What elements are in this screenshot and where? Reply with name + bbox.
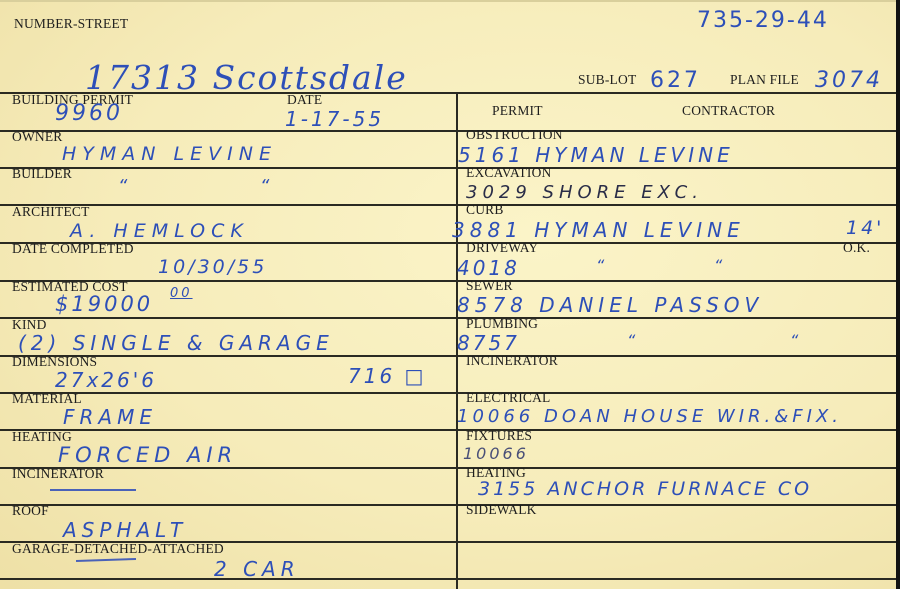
- heating-permit-value: 3155 ANCHOR FURNACE CO: [478, 478, 812, 500]
- architect-label: ARCHITECT: [12, 204, 90, 221]
- garage-label: GARAGE-DETACHED-ATTACHED: [12, 541, 224, 558]
- owner-label: OWNER: [12, 129, 63, 146]
- date-completed-label: DATE COMPLETED: [12, 241, 134, 258]
- architect-value: A. HEMLOCK: [70, 220, 249, 242]
- excavation-value: 3029 SHORE EXC.: [466, 182, 703, 203]
- building-permit-value: 9960: [55, 101, 123, 126]
- card-edge-top: [0, 0, 900, 2]
- sewer-value: 8578 DANIEL PASSOV: [457, 293, 763, 317]
- card-edge-right: [896, 0, 900, 589]
- divider: [0, 317, 896, 319]
- divider: [0, 92, 896, 94]
- driveway-label: DRIVEWAY: [466, 240, 538, 257]
- divider: [0, 280, 896, 282]
- permit-record-card: NUMBER-STREET 735-29-44 17313 Scottsdale…: [0, 0, 896, 589]
- obstruction-label: OBSTRUCTION: [466, 127, 563, 144]
- incinerator-label: INCINERATOR: [12, 466, 104, 483]
- curb-value: 3881 HYMAN LEVINE: [452, 218, 745, 242]
- garage-value: 2 CAR: [214, 557, 300, 581]
- divider: [0, 242, 896, 244]
- sewer-label: SEWER: [466, 278, 513, 295]
- date-value: 1-17-55: [285, 107, 384, 131]
- fixtures-label: FIXTURES: [466, 428, 532, 445]
- plumbing-ditto: “: [790, 331, 801, 350]
- heating-value: FORCED AIR: [58, 443, 237, 467]
- curb-ok: O.K.: [843, 240, 870, 257]
- divider: [0, 504, 896, 506]
- divider: [0, 578, 896, 580]
- estimated-cost-value: $19000: [55, 292, 153, 316]
- sub-lot-label: SUB-LOT: [578, 72, 636, 89]
- divider: [0, 392, 896, 394]
- garage-detached-underline: [76, 558, 136, 562]
- fixtures-value: 10066: [463, 444, 529, 463]
- builder-ditto: “: [118, 176, 130, 197]
- divider: [0, 355, 896, 357]
- kind-value: (2) SINGLE & GARAGE: [18, 331, 334, 355]
- roof-value: ASPHALT: [63, 518, 187, 542]
- permit-header: PERMIT: [492, 103, 543, 120]
- plan-file-label: PLAN FILE: [730, 72, 799, 89]
- date-completed-value: 10/30/55: [158, 256, 267, 278]
- plumbing-value: 8757: [457, 331, 520, 355]
- driveway-ditto: “: [596, 256, 607, 275]
- electrical-value: 10066 DOAN HOUSE WIR.&FIX.: [457, 406, 842, 427]
- curb-extra: 14': [846, 217, 884, 239]
- dimensions-value: 27x26'6: [55, 368, 157, 392]
- plan-file-value: 3074: [815, 68, 883, 93]
- estimated-cost-cents: 00: [170, 286, 193, 301]
- builder-label: BUILDER: [12, 166, 72, 183]
- divider: [0, 204, 896, 206]
- divider: [0, 167, 896, 169]
- divider: [0, 467, 896, 469]
- curb-label: CURB: [466, 202, 504, 219]
- sidewalk-label: SIDEWALK: [466, 502, 537, 519]
- date-label: DATE: [287, 92, 322, 109]
- obstruction-value: 5161 HYMAN LEVINE: [458, 143, 734, 167]
- driveway-ditto: “: [714, 256, 725, 275]
- sub-lot-value: 627: [650, 68, 701, 93]
- roof-label: ROOF: [12, 503, 49, 520]
- driveway-value: 4018: [457, 256, 520, 280]
- builder-ditto: “: [260, 176, 272, 197]
- contractor-header: CONTRACTOR: [682, 103, 775, 120]
- electrical-label: ELECTRICAL: [466, 390, 551, 407]
- dimensions-extra: 716 □: [348, 364, 426, 388]
- divider: [0, 429, 896, 431]
- excavation-label: EXCAVATION: [466, 165, 552, 182]
- plumbing-ditto: “: [627, 331, 638, 350]
- incinerator-dash: [50, 489, 136, 491]
- divider: [0, 130, 896, 132]
- incinerator-permit-label: INCINERATOR: [466, 353, 558, 370]
- card-number: 735-29-44: [697, 8, 829, 33]
- plumbing-label: PLUMBING: [466, 316, 538, 333]
- owner-value: HYMAN LEVINE: [62, 143, 277, 165]
- number-street-label: NUMBER-STREET: [14, 16, 128, 33]
- material-value: FRAME: [63, 405, 157, 429]
